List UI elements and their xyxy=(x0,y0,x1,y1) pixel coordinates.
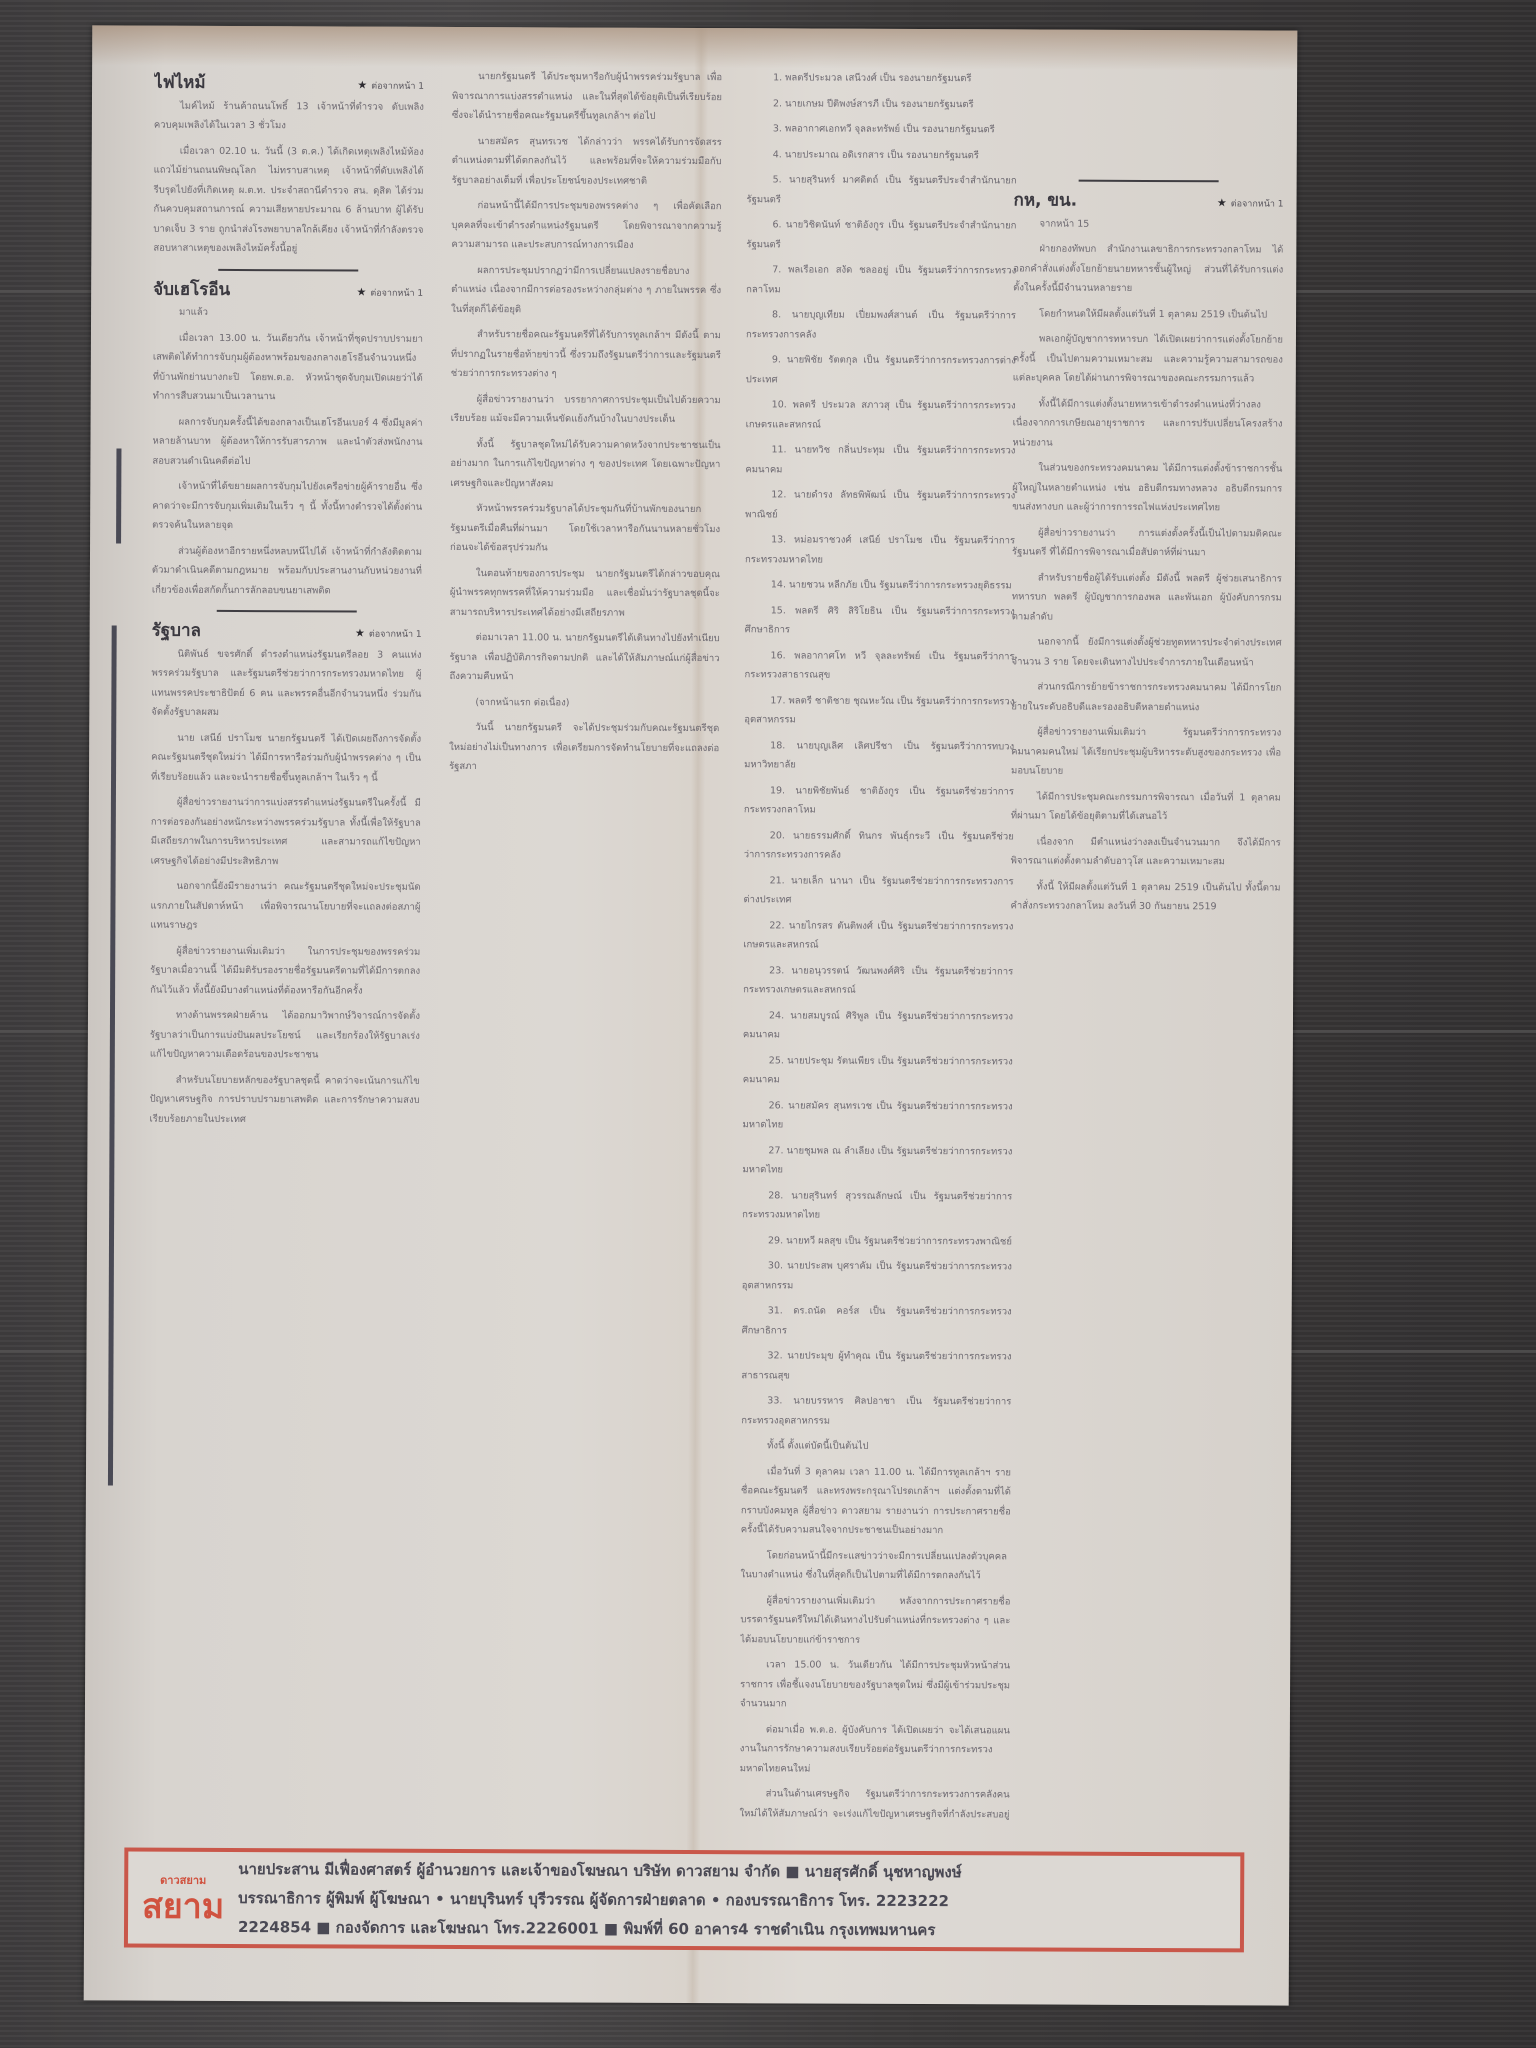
continued-marker: ★ต่อจากหน้า 1 xyxy=(355,624,422,646)
list-item: 11. นายทวิช กลิ่นประทุม เป็น รัฐมนตรีว่า… xyxy=(745,440,1015,480)
paragraph: ส่วนกรณีการย้ายข้าราชการกระทรวงคมนาคม ได… xyxy=(1011,677,1281,717)
paragraph: สำหรับรายชื่อผู้ได้รับแต่งตั้ง มีดังนี้ … xyxy=(1012,568,1282,628)
list-item: 10. พลตรี ประมวล สภาวสุ เป็น รัฐมนตรีว่า… xyxy=(746,395,1016,435)
paragraph: ส่วนในด้านเศรษฐกิจ รัฐมนตรีว่าการกระทรวง… xyxy=(739,1784,1009,1824)
newspaper-logo: ดาวสยาม สยาม xyxy=(128,1871,238,1925)
paragraph: โดยก่อนหน้านี้มีกระแสข่าวว่าจะมีการเปลี่… xyxy=(741,1546,1011,1586)
list-item: 29. นายทวี ผลสุข เป็น รัฐมนตรีช่วยว่าการ… xyxy=(742,1231,1012,1252)
paragraph: ก่อนหน้านี้ได้มีการประชุมของพรรคต่าง ๆ เ… xyxy=(451,196,721,256)
section-heroin: จับเฮโรอีน ★ต่อจากหน้า 1 มาแล้ว เมื่อเวล… xyxy=(152,280,423,601)
star-icon: ★ xyxy=(1217,196,1227,209)
list-item: 4. นายประมาณ อดิเรกสาร เป็น รองนายกรัฐมน… xyxy=(747,145,1017,166)
paragraph: ทั้งนี้ได้มีการแต่งตั้งนายทหารเข้าดำรงตำ… xyxy=(1012,394,1282,454)
paragraph: ในตอนท้ายของการประชุม นายกรัฐมนตรีได้กล่… xyxy=(450,563,720,623)
list-item: 6. นายวิชิตนันท์ ชาติอังกูร เป็น รัฐมนตร… xyxy=(746,215,1016,255)
list-item: 27. นายชุมพล ณ ลำเลียง เป็น รัฐมนตรีช่วย… xyxy=(742,1141,1012,1181)
paragraph: นายกรัฐมนตรี ได้ประชุมหารือกับผู้นำพรรคร… xyxy=(452,67,722,127)
masthead-line-1: นายประสาน มีเฟื่องศาสตร์ ผู้อำนวยการ และ… xyxy=(238,1855,1228,1888)
list-item: 19. นายพิชัยพันธ์ ชาติอังกูร เป็น รัฐมนต… xyxy=(744,781,1014,821)
list-item: 17. พลตรี ชาติชาย ชุณหะวัณ เป็น รัฐมนตรี… xyxy=(744,691,1014,731)
section-divider xyxy=(218,268,358,271)
list-item: 23. นายอนุวรรตน์ วัฒนพงศ์ศิริ เป็น รัฐมน… xyxy=(743,961,1013,1001)
column-3-cabinet-list: 1. พลตรีประมวล เสนีวงศ์ เป็น รองนายกรัฐม… xyxy=(739,68,1017,1824)
list-item: 13. หม่อมราชวงศ์ เสนีย์ ปราโมช เป็น รัฐม… xyxy=(745,530,1015,570)
list-item: 1. พลตรีประมวล เสนีวงศ์ เป็น รองนายกรัฐม… xyxy=(747,68,1017,89)
section-title: รัฐบาล xyxy=(152,622,201,642)
continued-marker: ★ต่อจากหน้า 1 xyxy=(1217,193,1284,215)
list-item: 21. นายเล็ก นานา เป็น รัฐมนตรีช่วยว่าการ… xyxy=(743,871,1013,911)
paragraph: ผู้สื่อข่าวรายงานว่า บรรยากาศการประชุมเป… xyxy=(451,389,721,429)
list-item: 22. นายไกรสร ตันติพงศ์ เป็น รัฐมนตรีช่วย… xyxy=(743,916,1013,956)
paragraph: ผู้สื่อข่าวรายงานเพิ่มเติมว่า หลังจากการ… xyxy=(740,1591,1010,1651)
paragraph: เนื่องจาก มีตำแหน่งว่างลงเป็นจำนวนมาก จึ… xyxy=(1011,832,1281,872)
list-item: 3. พลอากาศเอกทวี จุลละทรัพย์ เป็น รองนาย… xyxy=(747,119,1017,140)
column-2: นายกรัฐมนตรี ได้ประชุมหารือกับผู้นำพรรคร… xyxy=(444,67,722,1823)
continued-marker: ★ต่อจากหน้า 1 xyxy=(356,282,423,304)
paragraph: วันนี้ นายกรัฐมนตรี จะได้ประชุมร่วมกับคณ… xyxy=(449,718,719,778)
paragraph: ในส่วนของกระทรวงคมนาคม ได้มีการแต่งตั้งข… xyxy=(1012,458,1282,518)
list-item: 24. นายสมบูรณ์ ศิริพูล เป็น รัฐมนตรีช่วย… xyxy=(743,1006,1013,1046)
paragraph: ผู้สื่อข่าวรายงานว่า การแต่งตั้งครั้งนี้… xyxy=(1012,523,1282,563)
paragraph: ได้มีการประชุมคณะกรรมการพิจารณา เมื่อวัน… xyxy=(1011,787,1281,827)
paragraph: เมื่อวันที่ 3 ตุลาคม เวลา 11.00 น. ได้มี… xyxy=(741,1462,1011,1541)
section-defense-transport: กห, ขน. ★ต่อจากหน้า 1 จากหน้า 15ฝ่ายกองท… xyxy=(1010,179,1283,917)
list-item: 7. พลเรือเอก สงัด ชลออยู่ เป็น รัฐมนตรีว… xyxy=(746,260,1016,300)
list-item: 30. นายประสพ บุศราคัม เป็น รัฐมนตรีช่วยว… xyxy=(742,1256,1012,1296)
paragraph: (จากหน้าแรก ต่อเนื่อง) xyxy=(449,692,719,713)
paragraph: นอกจากนี้ ยังมีการแต่งตั้งผู้ช่วยทูตทหาร… xyxy=(1012,632,1282,672)
margin-shadow-bar xyxy=(116,448,121,543)
paragraph: ต่อมาเวลา 11.00 น. นายกรัฐมนตรีได้เดินทา… xyxy=(449,628,719,688)
paragraph: หัวหน้าพรรคร่วมรัฐบาลได้ประชุมกันที่บ้าน… xyxy=(450,499,720,559)
section-government: รัฐบาล ★ต่อจากหน้า 1 นิติพันธ์ ขจรศักดิ์… xyxy=(150,622,422,1130)
paragraph: ทั้งนี้ ให้มีผลตั้งแต่วันที่ 1 ตุลาคม 25… xyxy=(1010,877,1280,917)
list-item: 9. นายพิชัย รัตตกุล เป็น รัฐมนตรีว่าการก… xyxy=(746,350,1016,390)
star-icon: ★ xyxy=(355,627,365,640)
paragraph: ผู้สื่อข่าวรายงานเพิ่มเติมว่า รัฐมนตรีว่… xyxy=(1011,722,1281,782)
paragraph: ทั้งนี้ ตั้งแต่บัดนี้เป็นต้นไป xyxy=(741,1436,1011,1457)
list-item: 28. นายสุรินทร์ สุวรรณลักษณ์ เป็น รัฐมนต… xyxy=(742,1186,1012,1226)
logo-title: สยาม xyxy=(128,1889,238,1925)
list-item: 2. นายเกษม ปีติพงษ์สารภี เป็น รองนายกรัฐ… xyxy=(747,94,1017,115)
masthead-box: ดาวสยาม สยาม นายประสาน มีเฟื่องศาสตร์ ผู… xyxy=(124,1848,1244,1953)
section-divider xyxy=(1079,180,1219,183)
continued-marker: ★ต่อจากหน้า 1 xyxy=(357,76,424,98)
paragraph: พลเอกผู้บัญชาการทหารบก ได้เปิดเผยว่าการแ… xyxy=(1013,329,1283,389)
list-item: 18. นายบุญเลิศ เลิศปรีชา เป็น รัฐมนตรีว่… xyxy=(744,736,1014,776)
paragraph: นายสมัคร สุนทรเวช ได้กล่าวว่า พรรคได้รับ… xyxy=(452,131,722,191)
section-title: กห, ขน. xyxy=(1014,191,1078,211)
paragraph: ผลการประชุมปรากฏว่ามีการเปลี่ยนแปลงรายชื… xyxy=(451,260,721,320)
margin-shadow-bar xyxy=(108,625,117,1485)
list-item: 25. นายประชุม รัตนเพียร เป็น รัฐมนตรีช่ว… xyxy=(743,1051,1013,1091)
list-item: 32. นายประมุข ผู้ทำคุณ เป็น รัฐมนตรีช่วย… xyxy=(741,1346,1011,1386)
list-item: 5. นายสุรินทร์ มาศดิตถ์ เป็น รัฐมนตรีประ… xyxy=(747,170,1017,210)
section-divider xyxy=(217,610,357,613)
star-icon: ★ xyxy=(356,285,366,298)
list-item: 33. นายบรรหาร ศิลปอาชา เป็น รัฐมนตรีช่วย… xyxy=(741,1391,1011,1431)
paragraph: เวลา 15.00 น. วันเดียวกัน ได้มีการประชุม… xyxy=(740,1655,1010,1715)
column-4: กห, ขน. ★ต่อจากหน้า 1 จากหน้า 15ฝ่ายกองท… xyxy=(1006,69,1284,1825)
newspaper-page: ไฟไหม้ ★ต่อจากหน้า 1 ไมค์ไหม้ ร้านค้าถนน… xyxy=(84,25,1298,2005)
list-item: 26. นายสมัคร สุนทรเวช เป็น รัฐมนตรีช่วยว… xyxy=(742,1096,1012,1136)
paragraph: จากหน้า 15 xyxy=(1013,214,1283,235)
list-item: 14. นายชวน หลีกภัย เป็น รัฐมนตรีว่าการกร… xyxy=(745,575,1015,596)
list-item: 12. นายดำรง ลัทธพิพัฒน์ เป็น รัฐมนตรีว่า… xyxy=(745,485,1015,525)
list-item: 8. นายบุญเทียม เปี่ยมพงศ์สานต์ เป็น รัฐม… xyxy=(746,305,1016,345)
column-1: ไฟไหม้ ★ต่อจากหน้า 1 ไมค์ไหม้ ร้านค้าถนน… xyxy=(146,66,424,1822)
list-item: 20. นายธรรมศักดิ์ ทินกร พันธุ์กระวี เป็น… xyxy=(744,826,1014,866)
section-title: ไฟไหม้ xyxy=(154,74,206,94)
paragraph: ฝ่ายกองทัพบก สำนักงานเลขาธิการกระทรวงกลา… xyxy=(1013,239,1283,299)
masthead-line-2: บรรณาธิการ ผู้พิมพ์ ผู้โฆษณา • นายบุรินท… xyxy=(238,1884,1228,1917)
paragraph: ทั้งนี้ รัฐบาลชุดใหม่ได้รับความคาดหวังจา… xyxy=(450,434,720,494)
list-item: 31. ดร.ถนัด คอร์ส เป็น รัฐมนตรีช่วยว่ากา… xyxy=(742,1301,1012,1341)
list-item: 16. พลอากาศโท หวี จุลละทรัพย์ เป็น รัฐมน… xyxy=(744,646,1014,686)
paragraph: โดยกำหนดให้มีผลตั้งแต่วันที่ 1 ตุลาคม 25… xyxy=(1013,304,1283,325)
paragraph: ต่อมาเมื่อ พ.ต.อ. ผู้บังคับการ ได้เปิดเผ… xyxy=(740,1720,1010,1780)
section-title: จับเฮโรอีน xyxy=(153,280,230,300)
section-fire: ไฟไหม้ ★ต่อจากหน้า 1 ไมค์ไหม้ ร้านค้าถนน… xyxy=(153,74,424,260)
masthead-line-3: 2224854 ■ กองจัดการ และโฆษณา โทร.2226001… xyxy=(238,1913,1228,1946)
paragraph: สำหรับรายชื่อคณะรัฐมนตรีที่ได้รับการทูลเ… xyxy=(451,325,721,385)
list-item: 15. พลตรี ศิริ สิริโยธิน เป็น รัฐมนตรีว่… xyxy=(745,601,1015,641)
star-icon: ★ xyxy=(357,79,367,92)
